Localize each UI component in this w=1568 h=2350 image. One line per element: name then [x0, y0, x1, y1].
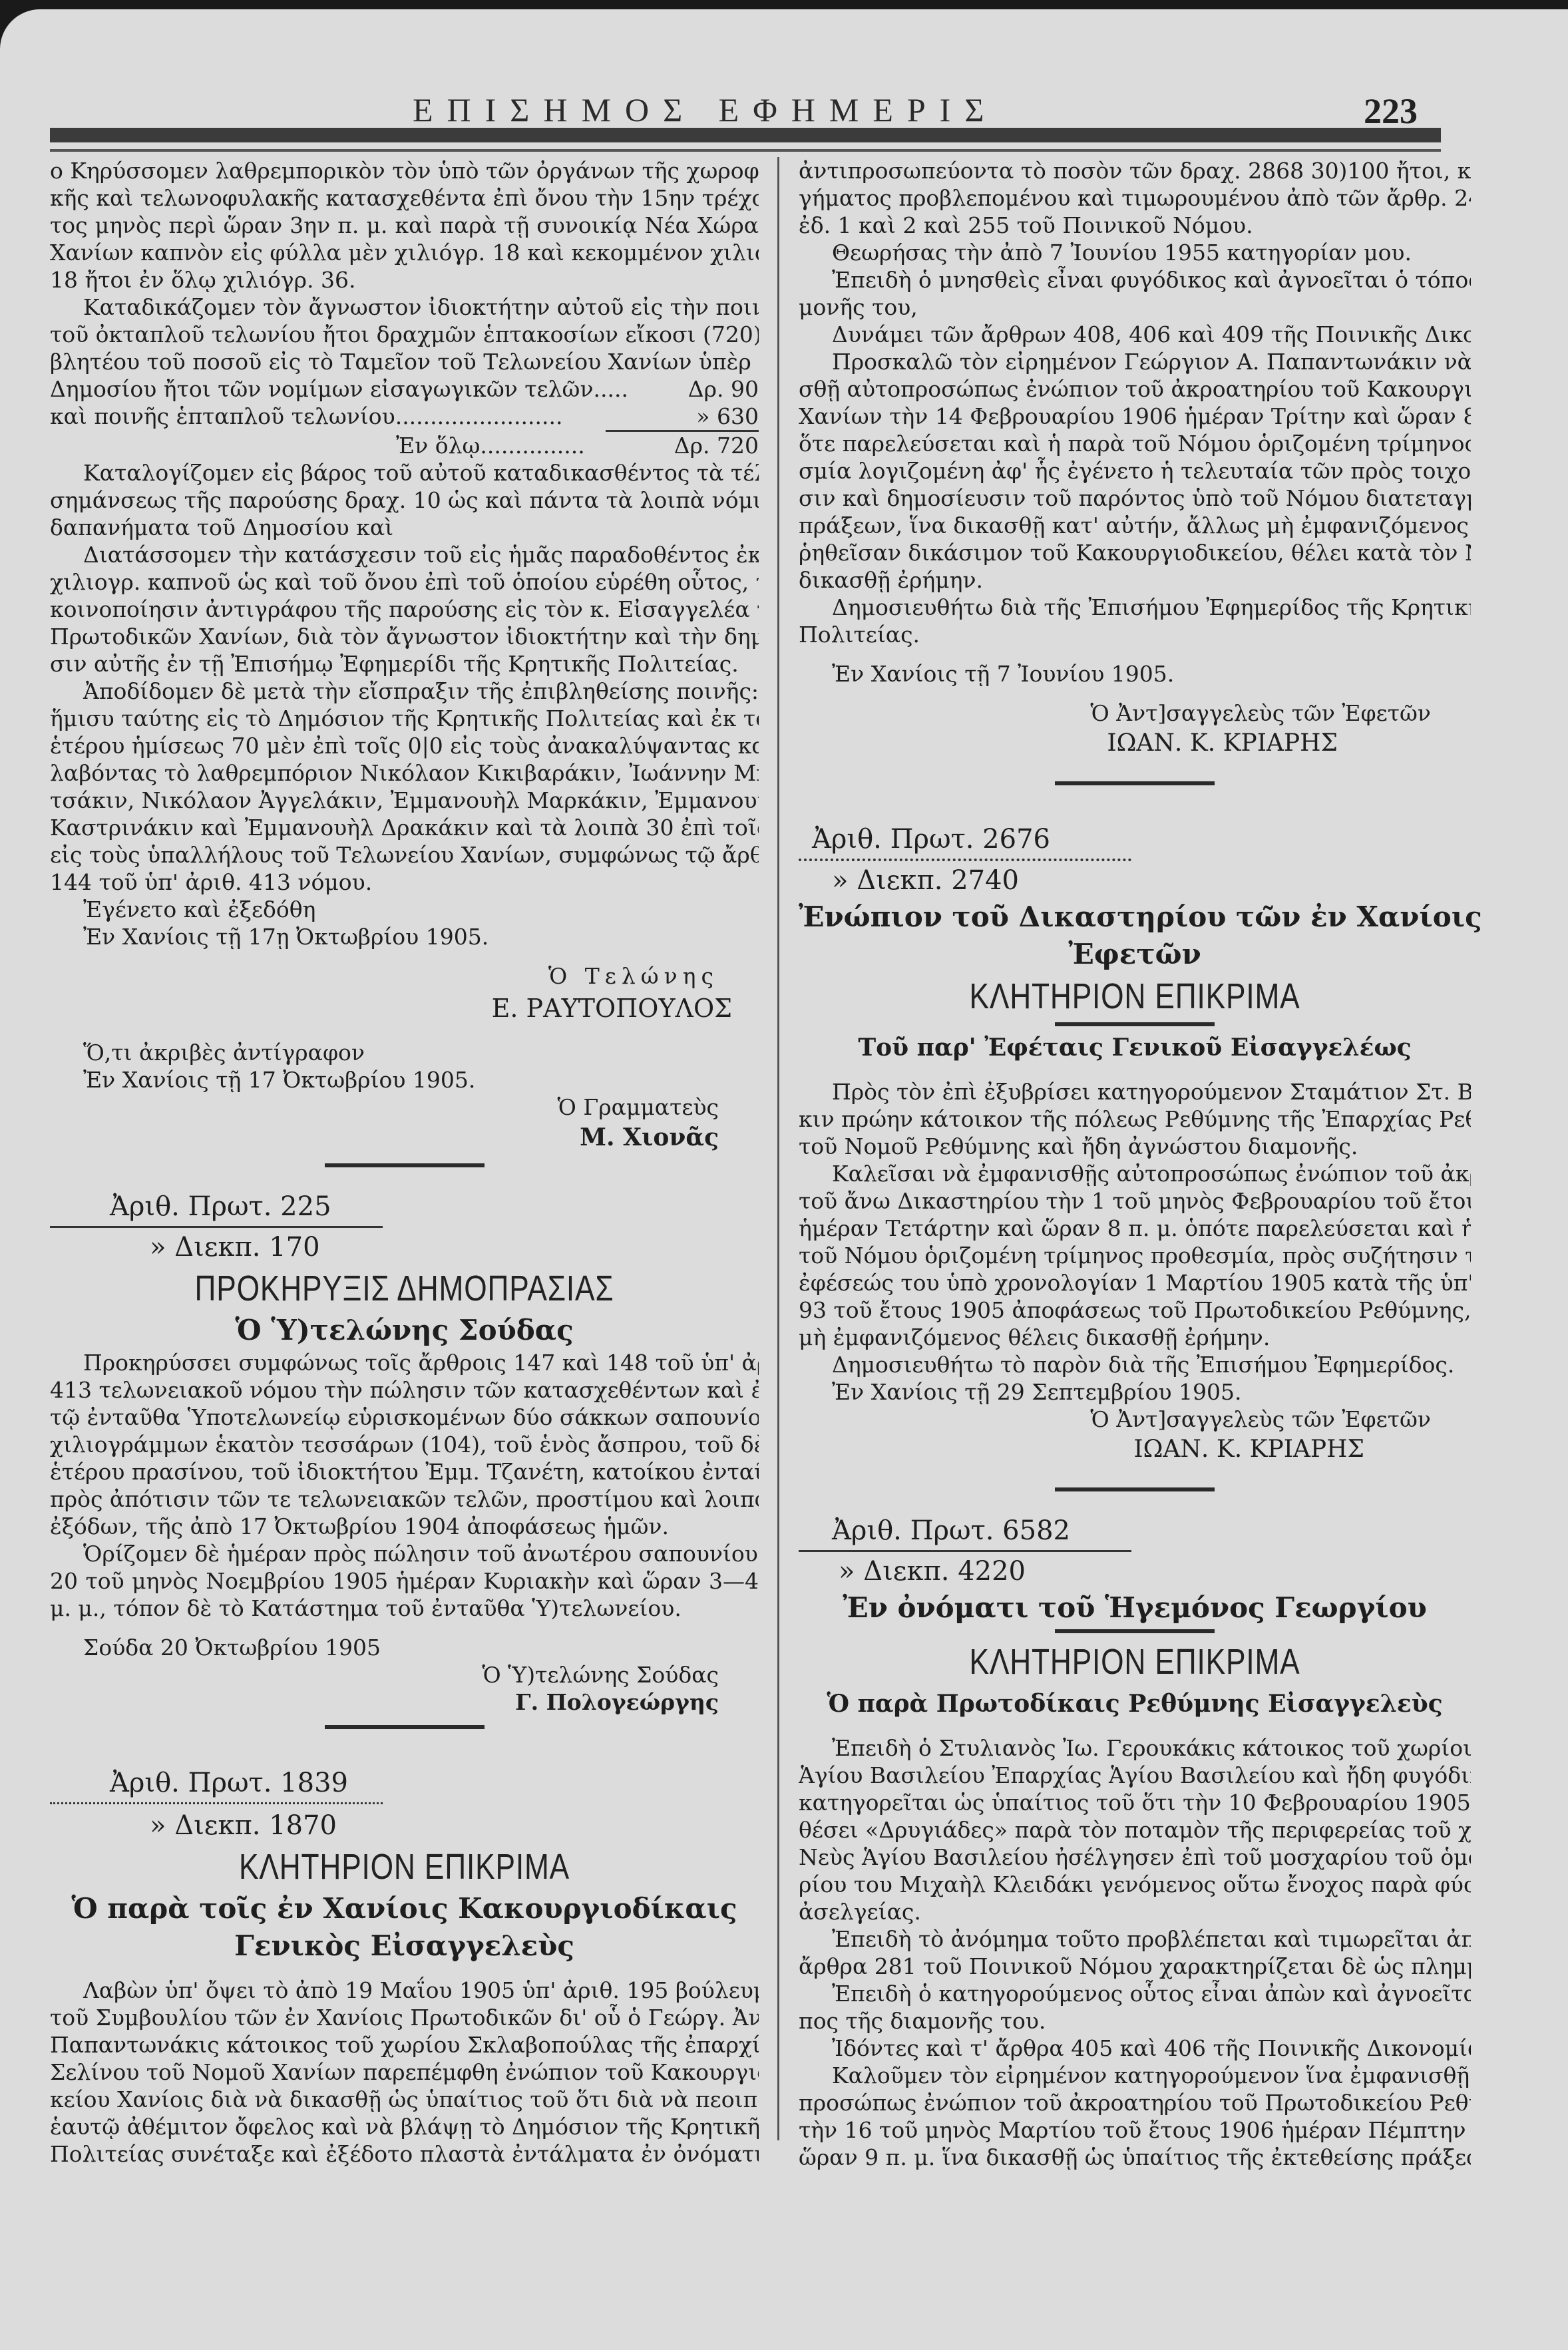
text-line: τοῦ ἄνω Δικαστηρίου τὴν 1 τοῦ μηνὸς Φεβρ… — [799, 1187, 1471, 1215]
section-separator-right-2 — [1055, 1487, 1215, 1491]
legal-basis-paragraph: Δυνάμει τῶν ἄρθρων 408, 406 καὶ 409 τῆς … — [799, 321, 1471, 348]
signature-role-secretary: Ὁ Γραμματεὺς — [50, 1093, 759, 1121]
auction-subtitle: Ὁ Ὑ)τελώνης Σούδας — [50, 1312, 759, 1349]
customs-decision-intro: ο Κηρύσσομεν λαθρεμπορικὸν τὸν ὑπὸ τῶν ὀ… — [50, 157, 759, 294]
text-line: τοῦ Νόμου ὁριζομένη τρίμηνος προθεσμία, … — [799, 1242, 1471, 1269]
header-rule-thin — [50, 149, 1441, 152]
text-line: κείου Χανίοις διὰ νὰ δικασθῇ ὡς ὑπαίτιος… — [50, 2086, 759, 2113]
summons-body-geroukakis-3: Ἐπειδὴ ὁ κατηγορούμενος οὗτος εἶναι ἀπὼν… — [799, 1980, 1471, 2035]
text-line: τος μηνὸς περὶ ὥραν 3ην π. μ. καὶ παρὰ τ… — [50, 212, 759, 239]
signature-role-prosecutor-2: Ὁ Ἀντ]σαγγελεὺς τῶν Ἐφετῶν — [799, 1406, 1471, 1433]
text-line: Καταδικάζομεν τὸν ἄγνωστον ἰδιοκτήτην αὐ… — [50, 294, 759, 321]
amount-row-penalty: καὶ ποινῆς ἑπταπλοῦ τελωνίου............… — [50, 403, 759, 430]
text-line: Πολιτείας. — [799, 621, 1471, 648]
text-line: ἑτέρου ἡμίσεως 70 μὲν ἐπὶ τοῖς 0|0 εἰς τ… — [50, 732, 759, 759]
text-line: Καστρινάκιν καὶ Ἐμμανουὴλ Δρακάκιν καὶ τ… — [50, 814, 759, 841]
right-column: ἀντιπροσωπεύοντα τὸ ποσὸν τῶν δραχ. 2868… — [799, 157, 1471, 2171]
date-june-1905: Ἐν Χανίοις τῇ 7 Ἰουνίου 1905. — [799, 660, 1471, 687]
summons-body-geroukakis-2: Ἐπειδὴ τὸ ἀνόμημα τοῦτο προβλέπεται καὶ … — [799, 1925, 1471, 1980]
left-column: ο Κηρύσσομεν λαθρεμπορικὸν τὸν ὑπὸ τῶν ὀ… — [50, 157, 759, 2168]
title-rule-2 — [1055, 1629, 1215, 1633]
text-line: Πρὸς τὸν ἐπὶ ἐξυβρίσει κατηγορούμενον Στ… — [799, 1078, 1471, 1105]
text-line: ἥμισυ ταύτης εἰς τὸ Δημόσιον τῆς Κρητικῆ… — [50, 705, 759, 732]
reference-number-1839: Ἀριθ. Πρωτ. 1839 » Διεκπ. 1870 — [50, 1765, 396, 1844]
text-line: 20 τοῦ μηνὸς Νοεμβρίου 1905 ἡμέραν Κυρια… — [50, 1567, 759, 1595]
copy-note: Ὅ,τι ἀκριβὲς ἀντίγραφον — [50, 1039, 759, 1066]
text-line: κιν πρώην κάτοικον τῆς πόλεως Ρεθύμνης τ… — [799, 1105, 1471, 1133]
date-september-1905: Ἐν Χανίοις τῇ 29 Σεπτεμβρίου 1905. — [799, 1378, 1471, 1406]
text-line: ἑτέρου πρασίνου, τοῦ ἰδιοκτήτου Ἐμμ. Τζα… — [50, 1458, 759, 1485]
condemnation-paragraph: Καταδικάζομεν τὸν ἄγνωστον ἰδιοκτήτην αὐ… — [50, 294, 759, 375]
gazette-title: ΕΠΙΣΗΜΟΣ ΕΦΗΜΕΡΙΣ — [413, 91, 998, 129]
summons-body-geroukakis-1: Ἐπειδὴ ὁ Στυλιανὸς Ἰω. Γερουκάκις κάτοικ… — [799, 1734, 1471, 1925]
text-line: πος τῆς διαμονῆς του. — [799, 2007, 1471, 2035]
gazette-page: ΕΠΙΣΗΜΟΣ ΕΦΗΜΕΡΙΣ 223 ο Κηρύσσομεν λαθρε… — [0, 9, 1568, 2350]
text-line: κοινοποίησιν ἀντιγράφου τῆς παρούσης εἰς… — [50, 596, 759, 623]
text-line: 144 τοῦ ὑπ' ἀριθ. 413 νόμου. — [50, 869, 759, 896]
text-line: δικασθῇ ἐρήμην. — [799, 566, 1471, 594]
text-line: τοῦ Νομοῦ Ρεθύμνης καὶ ἤδη ἀγνώστου διαμ… — [799, 1133, 1471, 1160]
copy-date: Ἐν Χανίοις τῇ 17 Ὀκτωβρίου 1905. — [50, 1066, 759, 1093]
text-line: δαπανήματα τοῦ Δημοσίου καὶ — [50, 514, 759, 541]
summons-title-right-1: ΚΛΗΤΗΡΙΟΝ ΕΠΙΚΡΙΜΑ — [859, 973, 1410, 1020]
text-line: Θεωρήσας τὴν ἀπὸ 7 Ἰουνίου 1955 κατηγορί… — [799, 239, 1471, 266]
signature-name-prosecutor-1: ΙΩΑΝ. Κ. ΚΡΙΑΡΗΣ — [799, 727, 1471, 760]
signature-name-secretary: Μ. Χιονᾶς — [50, 1121, 759, 1154]
issued-note: Ἐγένετο καὶ ἐξεδόθη — [50, 896, 759, 923]
issued-date: Ἐν Χανίοις τῇ 17ῃ Ὀκτωβρίου 1905. — [50, 923, 759, 950]
signature-role-prosecutor-1: Ὁ Ἀντ]σαγγελεὺς τῶν Ἐφετῶν — [799, 699, 1471, 727]
signature-role-customs: Ὁ Τελώνης — [50, 962, 759, 990]
text-line: ἑαυτῷ ἀθέμιτον ὄφελος καὶ νὰ βλάψῃ τὸ Δη… — [50, 2113, 759, 2140]
text-line: Πολιτείας συνέταξε καὶ ἐξέδοτο πλαστὰ ἐν… — [50, 2140, 759, 2168]
text-line: μονῆς του, — [799, 294, 1471, 321]
text-line: σθῇ αὐτοπροσώπως ἐνώπιον τοῦ ἀκροατηρίου… — [799, 375, 1471, 403]
considering-paragraph: Θεωρήσας τὴν ἀπὸ 7 Ἰουνίου 1955 κατηγορί… — [799, 239, 1471, 266]
text-line: χιλιογρ. καπνοῦ ὡς καὶ τοῦ ὄνου ἐπὶ τοῦ … — [50, 568, 759, 596]
text-line: λαβόντας τὸ λαθρεμπόριον Νικόλαον Κικιβα… — [50, 759, 759, 787]
text-line: χιλιογράμμων ἑκατὸν τεσσάρων (104), τοῦ … — [50, 1431, 759, 1458]
text-line: κατηγορεῖται ὡς ὑπαίτιος τοῦ ὅτι τὴν 10 … — [799, 1789, 1471, 1816]
text-line: Καλοῦμεν τὸν εἰρημένον κατηγορούμενον ἵν… — [799, 2062, 1471, 2089]
text-line: πρὸς ἀπότισιν τῶν τε τελωνειακῶν τελῶν, … — [50, 1485, 759, 1513]
text-line: τσάκιν, Νικόλαον Ἀγγελάκιν, Ἐμμανουὴλ Μα… — [50, 787, 759, 814]
section-separator-2 — [325, 1725, 485, 1729]
summons-subtitle-right-1: Τοῦ παρ' Ἐφέταις Γενικοῦ Εἰσαγγελέως — [799, 1029, 1471, 1066]
text-line: 413 τελωνειακοῦ νόμου τὴν πώλησιν τῶν κα… — [50, 1376, 759, 1404]
summons-body-geroukakis-4: Ἰδόντες καὶ τ' ἄρθρα 405 καὶ 406 τῆς Ποι… — [799, 2035, 1471, 2062]
distribution-paragraph: Ἀποδίδομεν δὲ μετὰ τὴν εἴσπραξιν τῆς ἐπι… — [50, 678, 759, 896]
signature-name-customs: Ε. ΡΑΥΤΟΠΟΥΛΟΣ — [50, 990, 759, 1027]
text-line: πράξεων, ἵνα δικασθῇ κατ' αὐτήν, ἄλλως μ… — [799, 512, 1471, 539]
text-line: σμία λογιζομένη ἀφ' ἧς ἐγένετο ἡ τελευτα… — [799, 457, 1471, 485]
text-line: τὴν 16 τοῦ μηνὸς Μαρτίου τοῦ ἔτους 1906 … — [799, 2116, 1471, 2144]
text-line: τῷ ἐνταῦθα Ὑποτελωνείῳ εὑρισκομένων δύο … — [50, 1404, 759, 1431]
text-line: Ἐπειδὴ ὁ μνησθεὶς εἶναι φυγόδικος καὶ ἀγ… — [799, 266, 1471, 294]
text-line: Ἐπειδὴ ὁ κατηγορούμενος οὗτος εἶναι ἀπὼν… — [799, 1980, 1471, 2007]
summons-body-vistakis: Καλεῖσαι νὰ ἐμφανισθῇς αὐτοπροσώπως ἐνώπ… — [799, 1160, 1471, 1351]
text-line: Καλεῖσαι νὰ ἐμφανισθῇς αὐτοπροσώπως ἐνώπ… — [799, 1160, 1471, 1187]
text-line: μὴ ἐμφανιζόμενος θέλεις δικασθῇ ἐρήμην. — [799, 1324, 1471, 1351]
court-heading-2: Ἐφετῶν — [799, 936, 1471, 973]
text-line: 93 τοῦ ἔτους 1905 ἀποφάσεως τοῦ Πρωτοδικ… — [799, 1296, 1471, 1324]
title-rule — [1055, 1022, 1215, 1026]
text-line: ο Κηρύσσομεν λαθρεμπορικὸν τὸν ὑπὸ τῶν ὀ… — [50, 157, 759, 184]
text-line: σιν αὐτῆς ἐν τῇ Ἐπισήμῳ Ἐφημερίδι τῆς Κρ… — [50, 650, 759, 678]
text-line: ἐξόδων, τῆς ἀπὸ 17 Ὀκτωβρίου 1904 ἀποφάσ… — [50, 1513, 759, 1540]
reference-number-2676: Ἀριθ. Πρωτ. 2676 » Διεκπ. 2740 — [799, 821, 1145, 898]
text-line: Χανίων καπνὸν εἰς φύλλα μὲν χιλιόγρ. 18 … — [50, 239, 759, 266]
text-line: εἰς τοὺς ὑπαλλήλους τοῦ Τελωνείου Χανίων… — [50, 841, 759, 869]
text-line: ἀντιπροσωπεύοντα τὸ ποσὸν τῶν δραχ. 2868… — [799, 157, 1471, 184]
text-line: ἐδ. 1 καὶ 2 καὶ 255 τοῦ Ποινικοῦ Νόμου. — [799, 212, 1471, 239]
text-line: ἐφέσεώς του ὑπὸ χρονολογίαν 1 Μαρτίου 19… — [799, 1269, 1471, 1296]
text-line: ἡμέραν Τετάρτην καὶ ὥραν 8 π. μ. ὁπότε π… — [799, 1215, 1471, 1242]
charges-paragraph: Καταλογίζομεν εἰς βάρος τοῦ αὐτοῦ καταδι… — [50, 459, 759, 541]
text-line: Λαβὼν ὑπ' ὄψει τὸ ἀπὸ 19 Μαΐου 1905 ὑπ' … — [50, 1977, 759, 2004]
text-line: Νεὺς Ἁγίου Βασιλείου ἠσέλγησεν ἐπὶ τοῦ μ… — [799, 1844, 1471, 1871]
text-line: Διατάσσομεν τὴν κατάσχεσιν τοῦ εἰς ἡμᾶς … — [50, 541, 759, 568]
signature-name-prosecutor-2: ΙΩΑΝ. Κ. ΚΡΙΑΡΗΣ — [799, 1433, 1471, 1466]
text-line: γήματος προβλεπομένου καὶ τιμωρουμένου ἀ… — [799, 184, 1471, 212]
text-line: σημάνσεως τῆς παρούσης δραχ. 10 ὡς καὶ π… — [50, 487, 759, 514]
section-separator-right-1 — [1055, 781, 1215, 785]
text-line: Χανίων τὴν 14 Φεβρουαρίου 1906 ἡμέραν Τρ… — [799, 403, 1471, 430]
page-header: ΕΠΙΣΗΜΟΣ ΕΦΗΜΕΡΙΣ 223 — [53, 81, 1444, 128]
text-line: τοῦ Συμβουλίου τῶν ἐν Χανίοις Πρωτοδικῶν… — [50, 2004, 759, 2031]
text-line: Σελίνου τοῦ Νομοῦ Χανίων παρεπέμφθη ἐνώπ… — [50, 2058, 759, 2086]
section-separator — [325, 1163, 485, 1167]
order-paragraph: Διατάσσομεν τὴν κατάσχεσιν τοῦ εἰς ἡμᾶς … — [50, 541, 759, 678]
summons-title-right-2: ΚΛΗΤΗΡΙΟΝ ΕΠΙΚΡΙΜΑ — [859, 1639, 1410, 1685]
text-line: Προσκαλῶ τὸν εἰρημένον Γεώργιον Α. Παπαν… — [799, 348, 1471, 375]
summons-address-vistakis: Πρὸς τὸν ἐπὶ ἐξυβρίσει κατηγορούμενον Στ… — [799, 1078, 1471, 1160]
text-line: σιν καὶ δημοσίευσιν τοῦ παρόντος ὑπὸ τοῦ… — [799, 485, 1471, 512]
auction-place-date: Σούδα 20 Ὀκτωβρίου 1905 — [50, 1634, 759, 1661]
header-rule-thick — [50, 128, 1441, 142]
continued-paragraph: ἀντιπροσωπεύοντα τὸ ποσὸν τῶν δραχ. 2868… — [799, 157, 1471, 239]
summons-paragraph-left: Λαβὼν ὑπ' ὄψει τὸ ἀπὸ 19 Μαΐου 1905 ὑπ' … — [50, 1977, 759, 2168]
text-line: Δημοσιευθήτω διὰ τῆς Ἐπισήμου Ἐφημερίδος… — [799, 594, 1471, 621]
text-line: ὅτε παρελεύσεται καὶ ἡ παρὰ τοῦ Νόμου ὁρ… — [799, 430, 1471, 457]
text-line: Ἀποδίδομεν δὲ μετὰ τὴν εἴσπραξιν τῆς ἐπι… — [50, 678, 759, 705]
auction-title: ΠΡΟΚΗΡΥΞΙΣ ΔΗΜΟΠΡΑΣΙΑΣ — [114, 1265, 695, 1312]
text-line: Δυνάμει τῶν ἄρθρων 408, 406 καὶ 409 τῆς … — [799, 321, 1471, 348]
summons-paragraph-papantonakis: Προσκαλῶ τὸν εἰρημένον Γεώργιον Α. Παπαν… — [799, 348, 1471, 594]
court-heading: Ἐνώπιον τοῦ Δικαστηρίου τῶν ἐν Χανίοις — [799, 898, 1471, 936]
amount-row-total: Ἐν ὅλῳ............... Δρ. 720 — [50, 432, 759, 459]
text-line: ῥηθεῖσαν δικάσιμον τοῦ Κακουργιοδικείου,… — [799, 539, 1471, 566]
publish-paragraph: Δημοσιευθήτω διὰ τῆς Ἐπισήμου Ἐφημερίδος… — [799, 594, 1471, 648]
text-line: Ἐπειδὴ τὸ ἀνόμημα τοῦτο προβλέπεται καὶ … — [799, 1925, 1471, 1953]
amount-row-duties: Δημοσίου ἤτοι τῶν νομίμων εἰσαγωγικῶν τε… — [50, 375, 759, 403]
text-line: μ. μ., τόπον δὲ τὸ Κατάστημα τοῦ ἐνταῦθα… — [50, 1595, 759, 1622]
text-line: θέσει «Δρυγιάδες» παρὰ τὸν ποταμὸν τῆς π… — [799, 1816, 1471, 1844]
summons-subtitle-left-1: Ὁ παρὰ τοῖς ἐν Χανίοις Κακουργιοδίκαις — [50, 1890, 759, 1927]
text-line: τοῦ ὀκταπλοῦ τελωνίου ἤτοι δραχμῶν ἑπτακ… — [50, 321, 759, 348]
text-line: Ὁρίζομεν δὲ ἡμέραν πρὸς πώλησιν τοῦ ἀνωτ… — [50, 1540, 759, 1567]
summons-subtitle-left-2: Γενικὸς Εἰσαγγελεὺς — [50, 1927, 759, 1965]
text-line: Ἐπειδὴ ὁ Στυλιανὸς Ἰω. Γερουκάκις κάτοικ… — [799, 1734, 1471, 1762]
prince-heading: Ἐν ὀνόματι τοῦ Ἡγεμόνος Γεωργίου — [799, 1589, 1471, 1627]
text-line: ρίου του Μιχαὴλ Κλειδάκι γενόμενος οὕτω … — [799, 1871, 1471, 1898]
summons-title-left: ΚΛΗΤΗΡΙΟΝ ΕΠΙΚΡΙΜΑ — [114, 1844, 695, 1890]
text-line: προσώπως ἐνώπιον τοῦ ἀκροατηρίου τοῦ Πρω… — [799, 2089, 1471, 2116]
fugitive-paragraph: Ἐπειδὴ ὁ μνησθεὶς εἶναι φυγόδικος καὶ ἀγ… — [799, 266, 1471, 321]
text-line: Παπαντωνάκις κάτοικος τοῦ χωρίου Σκλαβοπ… — [50, 2031, 759, 2058]
text-line: Προκηρύσσει συμφώνως τοῖς ἄρθροις 147 κα… — [50, 1349, 759, 1376]
text-line: ἄρθρα 281 τοῦ Ποινικοῦ Νόμου χαρακτηρίζε… — [799, 1953, 1471, 1980]
text-line: Ἁγίου Βασιλείου Ἐπαρχίας Ἁγίου Βασιλείου… — [799, 1762, 1471, 1789]
text-line: κῆς καὶ τελωνοφυλακῆς κατασχεθέντα ἐπὶ ὄ… — [50, 184, 759, 212]
column-divider — [777, 157, 779, 2140]
text-line: Καταλογίζομεν εἰς βάρος τοῦ αὐτοῦ καταδι… — [50, 459, 759, 487]
signature-role-subcustoms: Ὁ Ὑ)τελώνης Σούδας — [50, 1661, 759, 1688]
summons-body-geroukakis-5: Καλοῦμεν τὸν εἰρημένον κατηγορούμενον ἵν… — [799, 2062, 1471, 2171]
summons-publish-note: Δημοσιευθήτω τὸ παρὸν διὰ τῆς Ἐπισήμου Ἐ… — [799, 1351, 1471, 1378]
reference-number-225: Ἀριθ. Πρωτ. 225 » Διεκπ. 170 — [50, 1189, 396, 1265]
text-line: ἀσελγείας. — [799, 1898, 1471, 1925]
summons-subtitle-right-2: Ὁ παρὰ Πρωτοδίκαις Ρεθύμνης Εἰσαγγελεὺς — [799, 1685, 1471, 1722]
auction-date-paragraph: Ὁρίζομεν δὲ ἡμέραν πρὸς πώλησιν τοῦ ἀνωτ… — [50, 1540, 759, 1622]
text-line: βλητέου τοῦ ποσοῦ εἰς τὸ Ταμεῖον τοῦ Τελ… — [50, 348, 759, 375]
page-number: 223 — [1364, 91, 1418, 132]
auction-paragraph: Προκηρύσσει συμφώνως τοῖς ἄρθροις 147 κα… — [50, 1349, 759, 1540]
amounts-table: Δημοσίου ἤτοι τῶν νομίμων εἰσαγωγικῶν τε… — [50, 375, 759, 459]
text-line: 18 ἤτοι ἐν ὅλῳ χιλιόγρ. 36. — [50, 266, 759, 294]
signature-name-subcustoms: Γ. Πολογεώργης — [50, 1688, 759, 1716]
text-line: Πρωτοδικῶν Χανίων, διὰ τὸν ἄγνωστον ἰδιο… — [50, 623, 759, 650]
text-line: ὥραν 9 π. μ. ἵνα δικασθῇ ὡς ὑπαίτιος τῆς… — [799, 2144, 1471, 2171]
reference-number-6582: Ἀριθ. Πρωτ. 6582 » Διεκπ. 4220 — [799, 1513, 1145, 1589]
text-line: Ἰδόντες καὶ τ' ἄρθρα 405 καὶ 406 τῆς Ποι… — [799, 2035, 1471, 2062]
